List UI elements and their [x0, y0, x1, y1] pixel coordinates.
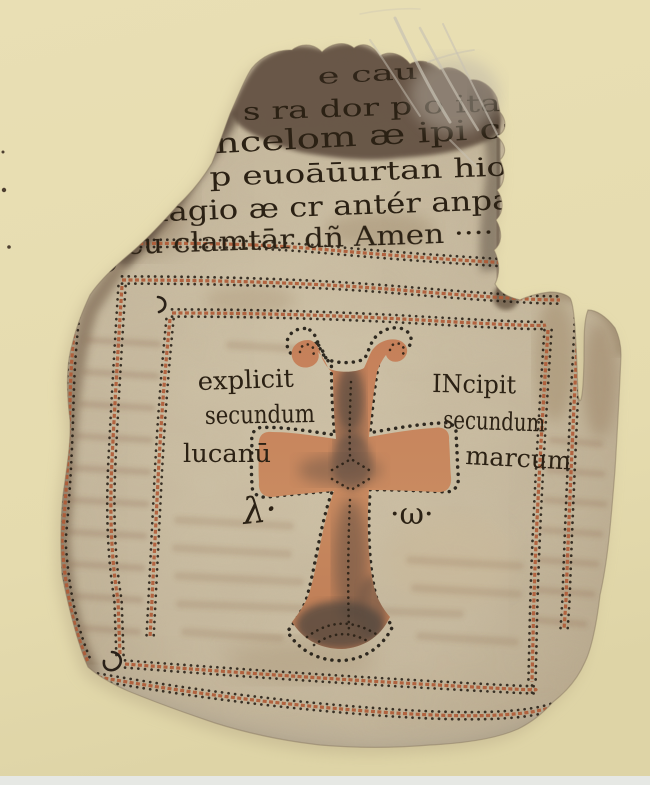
script-line-1: e cau	[317, 60, 418, 90]
incipit-line-3: marcum	[465, 441, 573, 476]
manuscript-fragment-svg: e cau s ra dor p o ita Incelom æ ipi cau…	[0, 0, 650, 785]
incipit-line-1: INcipit	[432, 369, 516, 399]
explicit-line-3: lucanū	[183, 439, 271, 468]
explicit-line-2: secundum	[205, 399, 316, 430]
incipit-line-2: secundum	[443, 405, 546, 438]
manuscript-photo-stage: e cau s ra dor p o ita Incelom æ ipi cau…	[0, 0, 650, 785]
omega-glyph: ·ω·	[390, 497, 434, 532]
explicit-line-1: explicit	[197, 364, 294, 396]
photo-bottom-strip	[0, 776, 650, 785]
alpha-glyph: λ·	[239, 489, 279, 534]
